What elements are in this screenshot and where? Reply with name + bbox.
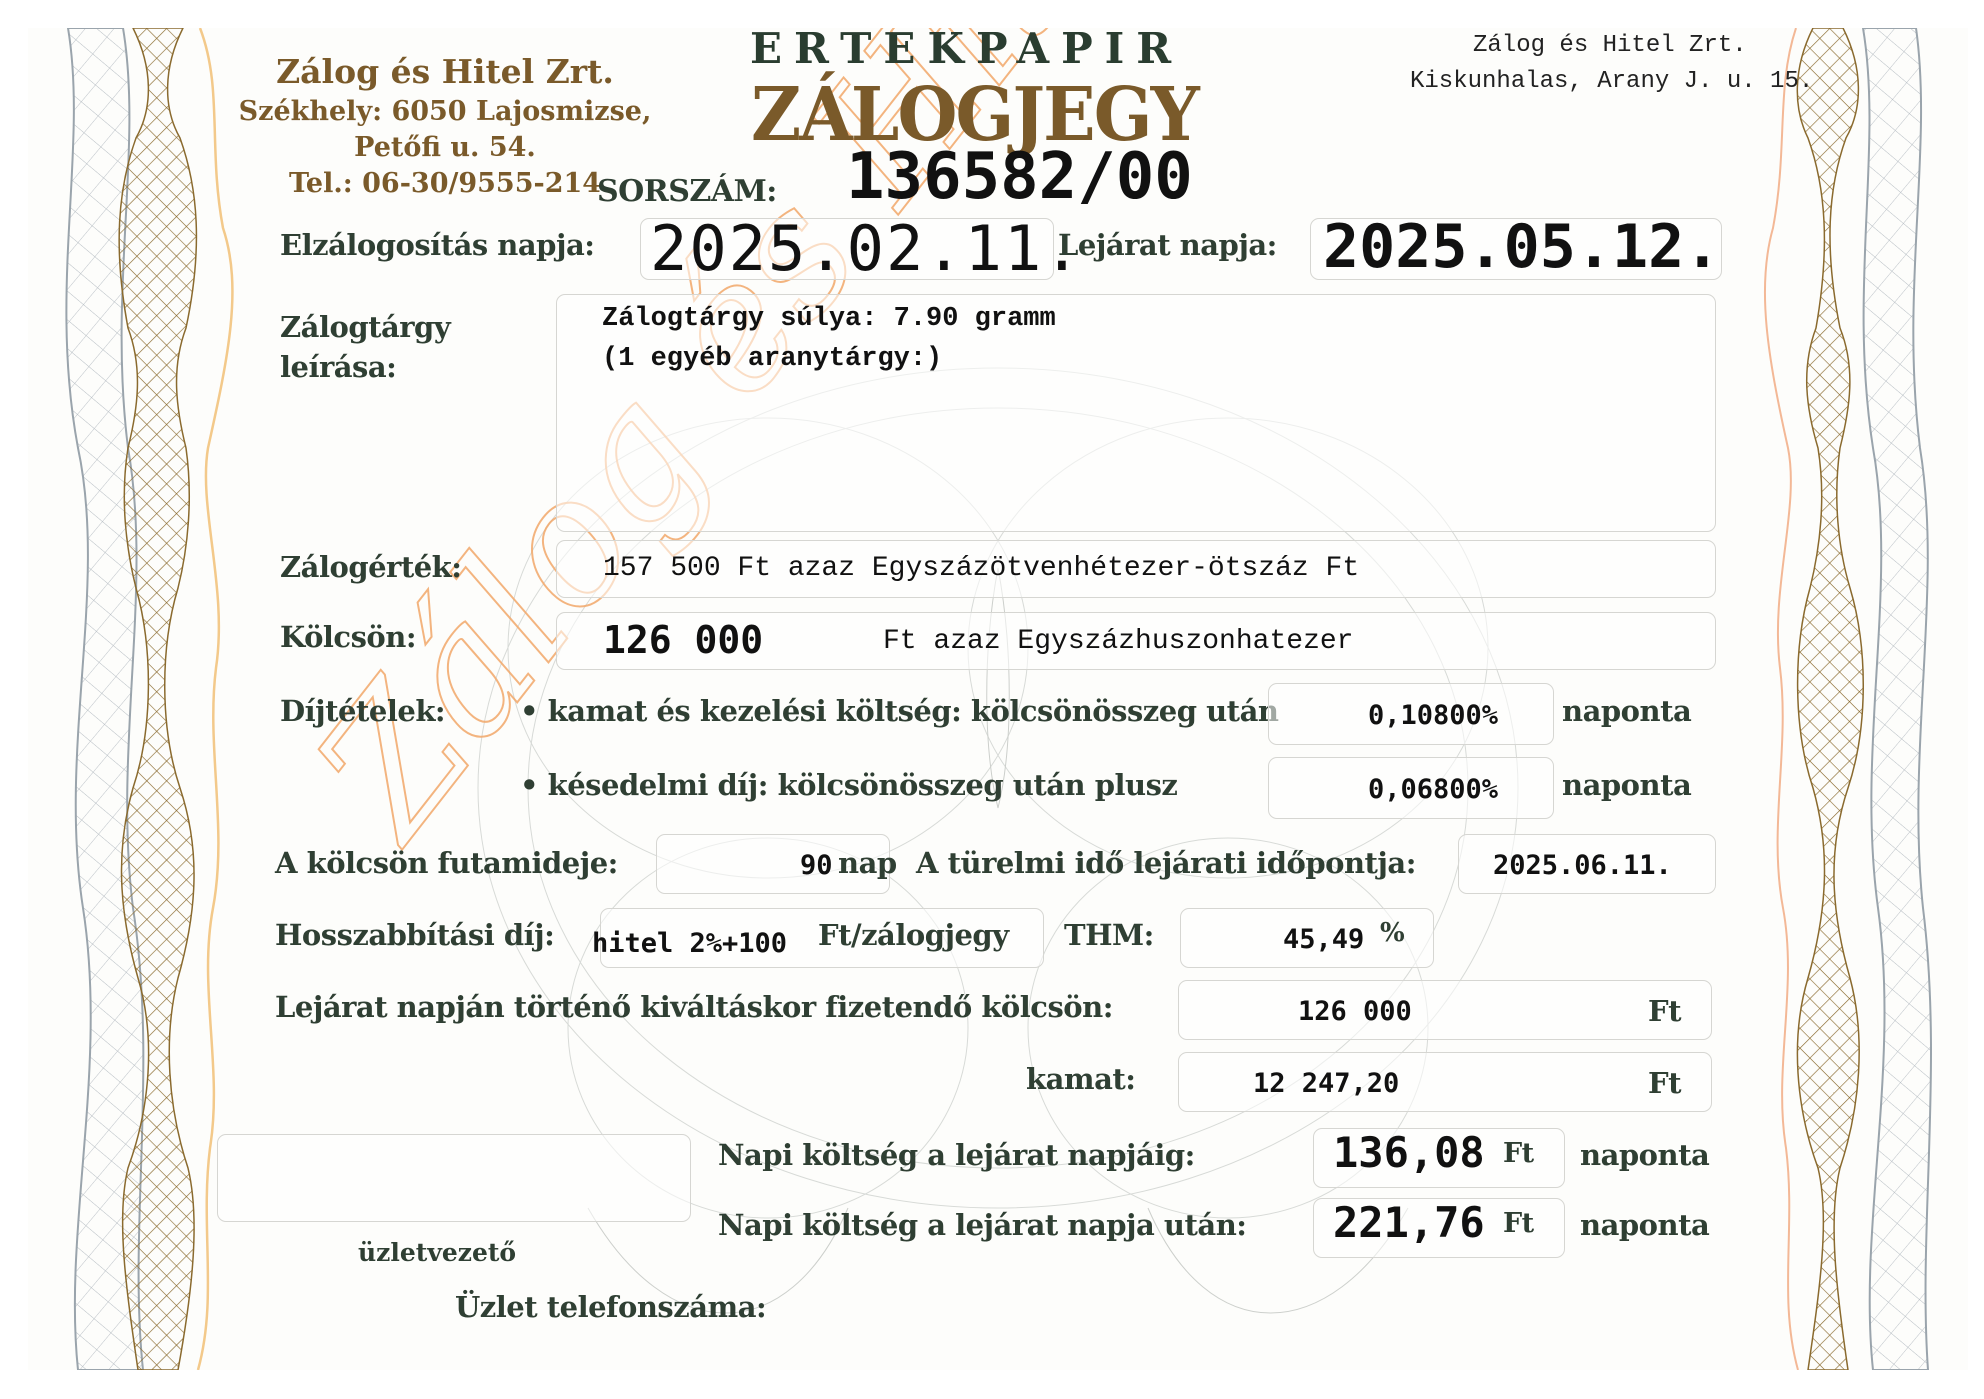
- daily-until-value: 136,08: [1333, 1128, 1485, 1177]
- pawn-ticket-document: Zálog és Hitel Zrt. Zálog és Hitel Zrt. …: [28, 28, 1968, 1370]
- item-label-line1: Zálogtárgy: [280, 310, 450, 344]
- loan-in-words: Ft azaz Egyszázhuszonhatezer: [883, 626, 1353, 657]
- loan-label: Kölcsön:: [280, 620, 416, 654]
- thm-value: 45,49: [1283, 924, 1364, 955]
- redemption-label: Lejárat napján történő kiváltáskor fizet…: [275, 990, 1113, 1024]
- thm-unit: %: [1380, 918, 1404, 948]
- extension-value: hitel 2%+100: [592, 928, 787, 959]
- extension-label: Hosszabbítási díj:: [275, 918, 554, 952]
- grace-label: A türelmi idő lejárati időpontja:: [916, 846, 1416, 880]
- pledge-value-text: 157 500 Ft azaz Egyszázötvenhétezer-ötsz…: [603, 553, 1359, 584]
- redemption-loan-box: [1178, 980, 1712, 1040]
- serial-label: SORSZÁM:: [597, 174, 777, 209]
- term-label: A kölcsön futamideje:: [275, 846, 618, 880]
- daily-until-unit: naponta: [1580, 1138, 1709, 1172]
- grace-value: 2025.06.11.: [1493, 850, 1672, 881]
- fee-interest-text: • kamat és kezelési költség: kölcsönössz…: [520, 694, 1278, 728]
- term-value: 90: [800, 850, 833, 881]
- issuer-phone: Tel.: 06-30/9555-214: [240, 168, 650, 199]
- item-label-line2: leírása:: [280, 350, 396, 384]
- title-kicker: ERTEKPAPIR: [750, 28, 1183, 73]
- item-description-line: Zálogtárgy súlya: 7.90 gramm: [602, 304, 1056, 334]
- issuer-address-line2: Petőfi u. 54.: [240, 132, 650, 163]
- pledge-value-label: Zálogérték:: [280, 550, 461, 584]
- daily-until-currency: Ft: [1503, 1138, 1534, 1169]
- pledge-date-label: Elzálogosítás napja:: [280, 228, 594, 262]
- daily-until-label: Napi költség a lejárat napjáig:: [718, 1138, 1195, 1172]
- thm-label: THM:: [1064, 918, 1154, 952]
- branch-address: Kiskunhalas, Arany J. u. 15.: [1410, 68, 1813, 95]
- shop-phone-label: Üzlet telefonszáma:: [455, 1290, 766, 1324]
- fees-label: Díjtételek:: [280, 694, 445, 728]
- pledge-date-value: 2025.02.11.: [650, 212, 1083, 285]
- interest-unit: Ft: [1648, 1066, 1681, 1100]
- daily-after-label: Napi költség a lejárat napja után:: [718, 1208, 1246, 1242]
- extension-unit: Ft/zálogjegy: [818, 918, 1009, 952]
- fee-interest-unit: naponta: [1562, 694, 1691, 728]
- redemption-loan-unit: Ft: [1648, 994, 1681, 1028]
- interest-value: 12 247,20: [1253, 1068, 1399, 1099]
- daily-after-unit: naponta: [1580, 1208, 1709, 1242]
- daily-after-currency: Ft: [1503, 1208, 1534, 1239]
- signature-label: üzletvezető: [358, 1238, 516, 1267]
- fee-late-text: • késedelmi díj: kölcsönösszeg után plus…: [520, 768, 1177, 802]
- redemption-loan-value: 126 000: [1298, 996, 1412, 1027]
- expiry-date-value: 2025.05.12.: [1323, 212, 1720, 282]
- fee-interest-value: 0,10800%: [1368, 700, 1498, 731]
- signature-box: [217, 1134, 691, 1222]
- fee-late-value: 0,06800%: [1368, 774, 1498, 805]
- issuer-name: Zálog és Hitel Zrt.: [240, 52, 650, 91]
- daily-after-value: 221,76: [1333, 1198, 1485, 1247]
- item-description-line: (1 egyéb aranytárgy:): [602, 344, 942, 374]
- branch-name: Zálog és Hitel Zrt.: [1473, 32, 1747, 59]
- expiry-date-label: Lejárat napja:: [1058, 228, 1277, 262]
- interest-label: kamat:: [1026, 1062, 1135, 1096]
- serial-number: 136582/00: [846, 140, 1193, 214]
- issuer-address-line1: Székhely: 6050 Lajosmizse,: [220, 96, 670, 127]
- fee-late-unit: naponta: [1562, 768, 1691, 802]
- term-unit: nap: [838, 846, 897, 880]
- loan-amount: 126 000: [603, 618, 763, 662]
